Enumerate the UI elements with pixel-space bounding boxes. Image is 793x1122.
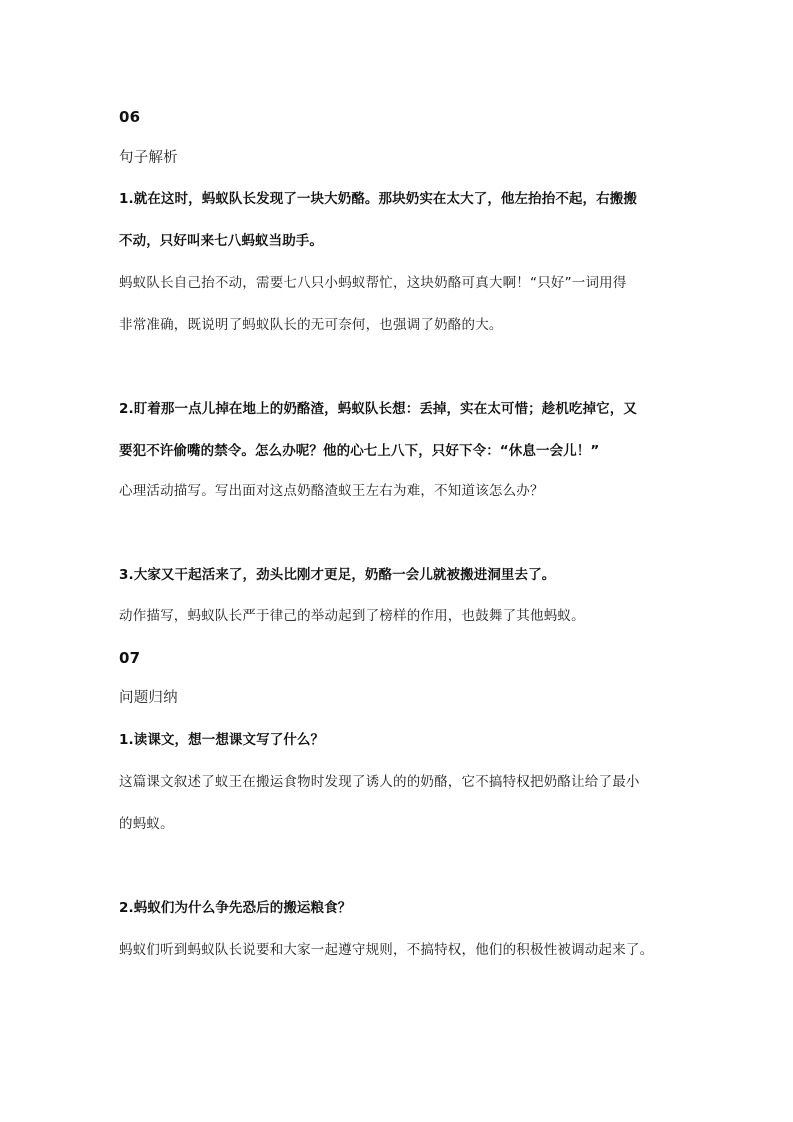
section-title: 句子解析 bbox=[119, 148, 178, 168]
answer-line: 蚂蚁们听到蚂蚁队长说要和大家一起遵守规则，不搞特权，他们的积极性被调动起来了。 bbox=[119, 940, 653, 960]
question-line: 1.就在这时，蚂蚁队长发现了一块大奶酪。那块奶实在太大了，他左抬抬不起，右搬搬 bbox=[119, 189, 637, 209]
answer-line: 心理活动描写。写出面对这点奶酪渣蚁王左右为难，不知道该怎么办？ bbox=[119, 481, 544, 501]
section-number: 06 bbox=[119, 107, 140, 127]
question-line: 1.读课文，想一想课文写了什么？ bbox=[119, 730, 324, 750]
answer-line: 这篇课文叙述了蚁王在搬运食物时发现了诱人的的奶酪，它不搞特权把奶酪让给了最小 bbox=[119, 772, 640, 792]
question-line: 要犯不许偷嘴的禁令。怎么办呢？他的心七上八下，只好下令：“休息一会儿！” bbox=[119, 441, 599, 461]
section-number: 07 bbox=[119, 648, 140, 668]
answer-line: 非常准确，既说明了蚂蚁队长的无可奈何，也强调了奶酪的大。 bbox=[119, 315, 503, 335]
section-title: 问题归纳 bbox=[119, 688, 178, 708]
question-line: 不动，只好叫来七八蚂蚁当助手。 bbox=[119, 231, 323, 251]
answer-line: 蚂蚁队长自己抬不动，需要七八只小蚂蚁帮忙，这块奶酪可真大啊！“只好”一词用得 bbox=[119, 273, 627, 293]
answer-line: 动作描写，蚂蚁队长严于律己的举动起到了榜样的作用，也鼓舞了其他蚂蚁。 bbox=[119, 606, 585, 626]
question-line: 3.大家又干起活来了，劲头比刚才更足，奶酪一会儿就被搬进洞里去了。 bbox=[119, 565, 555, 585]
document-page: 06 句子解析 1.就在这时，蚂蚁队长发现了一块大奶酪。那块奶实在太大了，他左抬… bbox=[0, 0, 793, 1122]
question-line: 2.盯着那一点儿掉在地上的奶酪渣，蚂蚁队长想：丢掉，实在太可惜；趁机吃掉它，又 bbox=[119, 399, 637, 419]
question-line: 2.蚂蚁们为什么争先恐后的搬运粮食？ bbox=[119, 898, 351, 918]
answer-line: 的蚂蚁。 bbox=[119, 814, 174, 834]
